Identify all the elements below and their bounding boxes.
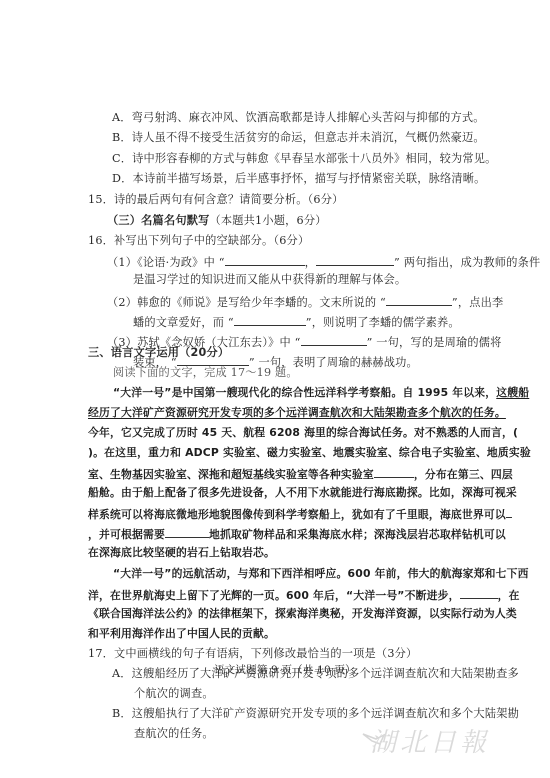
question-16-item-2: （2）韩愈的《师说》是写给少年李蟠的。文末所说的 “”，点出李 xyxy=(107,294,503,310)
q16-item3-text-b: ” 一句，写的是周瑜的儒将 xyxy=(367,336,502,349)
passage-text: 室、生物基因实验室、深拖和超短基线实验室等各种实验室 xyxy=(88,468,374,481)
passage-line: 今年，它又完成了历时 45 天、航程 6208 海里的综合海试任务。对不熟悉的人… xyxy=(88,426,518,440)
fill-blank[interactable] xyxy=(506,506,512,518)
section-subheading: （三）名篇名句默写（本题共1小题，6分） xyxy=(107,214,327,228)
fill-blank[interactable] xyxy=(460,587,498,599)
passage-text: 样系统可以将海底微地形地貌图像传到科学考察船上，犹如有了千里眼，海底世界可以 xyxy=(88,508,506,521)
q16-item1-text-b: ” 两句指出，成为教师的条件 xyxy=(394,256,540,269)
passage-text: ，在 xyxy=(498,589,520,602)
question-15: 15．诗的最后两句有何含意？请简要分析。（6分） xyxy=(88,193,344,207)
q17-option-b-cont: 查航次的任务。 xyxy=(134,727,214,741)
passage-line: 洋，在世界航海史上留下了光辉的一页。600 年后，“大洋一号”不断进步，，在 xyxy=(88,587,520,603)
passage-line: 和平利用海洋作出了中国人民的贡献。 xyxy=(88,627,275,641)
q17-option-a-cont: 个航次的调查。 xyxy=(134,687,214,701)
fill-blank[interactable] xyxy=(165,526,209,538)
q16-item2-text-d: ”，则说明了李蟠的儒学素养。 xyxy=(306,316,460,329)
passage-text: ，并可根据需要 xyxy=(88,528,165,541)
section-subheading-title: （三）名篇名句默写 xyxy=(107,214,210,227)
q14-option-c: C．诗中形容春柳的方式与韩愈《早春呈水部张十八员外》相同，较为常见。 xyxy=(112,152,497,166)
reading-instruction: 阅读下面的文字，完成 17～19 题。 xyxy=(113,366,298,380)
passage-line: 样系统可以将海底微地形地貌图像传到科学考察船上，犹如有了千里眼，海底世界可以 xyxy=(88,506,512,522)
passage-line: “大洋一号”是中国第一艘现代化的综合性远洋科学考察船。自 1995 年以来，这艘… xyxy=(113,386,529,400)
q16-item1-sep: ， xyxy=(305,256,316,269)
fill-blank[interactable] xyxy=(316,254,394,266)
passage-line: ，并可根据需要地抓取矿物样品和采集海底水样；深海浅层岩芯取样钻机可以 xyxy=(88,526,506,542)
question-16-item-1-cont: 是温习学过的知识进而又能从中获得新的理解与体会。 xyxy=(133,273,406,287)
question-16-stem: 16．补写出下列句子中的空缺部分。（6分） xyxy=(88,234,309,248)
passage-line: 在深海底比较坚硬的岩石上钻取岩芯。 xyxy=(88,546,275,560)
q17-option-b: B．这艘船执行了大洋矿产资源研究开发专项的多个远洋调查航次和多个大陆架勘 xyxy=(112,707,519,721)
fill-blank[interactable] xyxy=(301,334,367,346)
section-three-title: 三、语言文字运用（20分） xyxy=(88,346,229,360)
q14-option-a: A．弯弓射鸿、麻衣冲风、饮酒高歌都是诗人排解心头苦闷与抑郁的方式。 xyxy=(112,111,485,125)
question-16-item-2-cont: 蟠的文章爱好，而 “”，则说明了李蟠的儒学素养。 xyxy=(133,314,460,330)
fill-blank[interactable] xyxy=(234,314,306,326)
passage-line: 《联合国海洋法公约》的法律框架下，探索海洋奥秘，开发海洋资源，以实际行动为人类 xyxy=(88,607,517,621)
fill-blank[interactable] xyxy=(225,254,305,266)
passage-line: )。在这里，重力和 ADCP 实验室、磁力实验室、地震实验室、综合电子实验室、地… xyxy=(88,446,531,460)
passage-line: “大洋一号”的远航活动，与郑和下西洋相呼应。600 年前，伟大的航海家郑和七下西 xyxy=(113,567,529,581)
passage-line: 室、生物基因实验室、深拖和超短基线实验室等各种实验室，分布在第三、四层 xyxy=(88,466,513,482)
q16-item2-text-c: 蟠的文章爱好，而 “ xyxy=(133,316,234,329)
underlined-sentence: 这艘船 xyxy=(496,386,529,399)
underlined-sentence: 经历了大洋矿产资源研究开发专项的多个远洋调查航次和大陆架勘查多个航次的任务。 xyxy=(88,406,506,420)
q16-item2-text-a: （2）韩愈的《师说》是写给少年李蟠的。文末所说的 “ xyxy=(107,296,386,309)
q16-item1-text-a: （1）《论语·为政》中 “ xyxy=(107,256,225,269)
passage-text: 洋，在世界航海史上留下了光辉的一页。600 年后，“大洋一号”不断进步， xyxy=(88,589,460,602)
exam-page: A．弯弓射鸿、麻衣冲风、饮酒高歌都是诗人排解心头苦闷与抑郁的方式。 B．诗人虽不… xyxy=(0,0,550,778)
q16-item2-text-b: ”，点出李 xyxy=(452,296,503,309)
passage-text: “大洋一号”是中国第一艘现代化的综合性远洋科学考察船。自 1995 年以来， xyxy=(113,386,496,399)
fill-blank[interactable] xyxy=(386,294,452,306)
passage-text: 地抓取矿物样品和采集海底水样；深海浅层岩芯取样钻机可以 xyxy=(209,528,506,541)
fill-blank[interactable] xyxy=(374,466,414,478)
passage-text: ，分布在第三、四层 xyxy=(414,468,513,481)
passage-line: 船舱。由于船上配备了很多先进设备，人不用下水就能进行海底勘探。比如，深海可视采 xyxy=(88,486,517,500)
question-17-stem: 17．文中画横线的句子有语病，下列修改最恰当的一项是（3分） xyxy=(88,647,417,661)
q14-option-b: B．诗人虽不得不接受生活贫穷的命运，但意志并未消沉，气概仍然豪迈。 xyxy=(112,131,485,145)
section-subheading-note: （本题共1小题，6分） xyxy=(210,214,327,227)
page-footer: 语文试题第 9 页（共 10 页） xyxy=(214,663,356,677)
q14-option-d: D．本诗前半描写场景，后半感事抒怀，描写与抒情紧密关联，脉络清晰。 xyxy=(112,172,486,186)
question-16-item-1: （1）《论语·为政》中 “，” 两句指出，成为教师的条件 xyxy=(107,254,540,270)
watermark-text: 湖北日報 xyxy=(370,722,490,759)
